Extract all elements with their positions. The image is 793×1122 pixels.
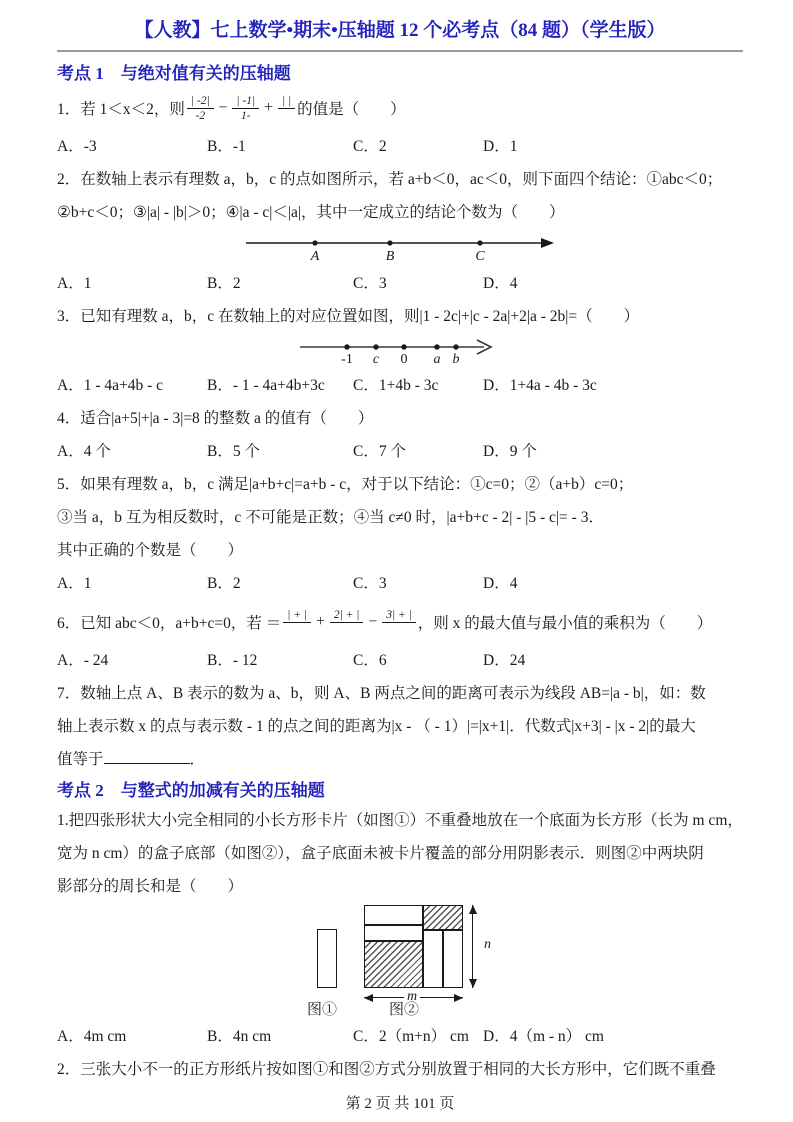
q2-options-row: A．1 B．2 C．3 D．4 bbox=[57, 267, 743, 300]
option-c: C．6 bbox=[353, 644, 483, 677]
axis-label-a: a bbox=[434, 352, 441, 366]
option-c: C．3 bbox=[353, 567, 483, 600]
option-a: A．1 bbox=[57, 567, 207, 600]
q6-prefix: 6．已知 abc＜0，a+b+c=0，若 ＝ bbox=[57, 611, 281, 633]
option-d: D．1 bbox=[483, 130, 743, 163]
fraction-numerator: | + | bbox=[283, 608, 311, 623]
q7-stem-line3: 值等于． bbox=[57, 743, 743, 776]
q6-fraction-1: | + | bbox=[283, 608, 311, 636]
q1-fraction-3: | | bbox=[278, 94, 295, 122]
option-c: C．3 bbox=[353, 267, 483, 300]
shaded-region-top-right bbox=[423, 905, 463, 930]
option-b: B．4n cm bbox=[207, 1020, 353, 1053]
fraction-numerator: 2| + | bbox=[330, 608, 364, 623]
card-rect-vertical-1 bbox=[423, 930, 443, 988]
axis-label-b: b bbox=[453, 352, 460, 366]
q5-options-row: A．1 B．2 C．3 D．4 bbox=[57, 567, 743, 600]
card-rect-vertical-2 bbox=[443, 930, 463, 988]
dimension-label-n: n bbox=[481, 938, 494, 952]
box-divider-line bbox=[422, 905, 424, 988]
minus-operator: − bbox=[368, 613, 377, 631]
axis-label-0: 0 bbox=[401, 352, 408, 366]
figure-caption-1: 图① bbox=[307, 1002, 337, 1018]
numberline-cab: -1 c 0 a b bbox=[300, 336, 500, 366]
axis-label-B: B bbox=[386, 249, 395, 264]
axis-point-a bbox=[434, 344, 439, 349]
q4-options-row: A．4 个 B．5 个 C．7 个 D．9 个 bbox=[57, 435, 743, 468]
q1-fraction-1: | -2| -2 bbox=[187, 94, 214, 123]
dimension-arrow-n bbox=[472, 905, 473, 988]
axis-arrowhead-icon bbox=[541, 238, 554, 248]
q5-stem-line2: ③当 a，b 互为相反数时，c 不可能是正数；④当 c≠0 时，|a+b+c -… bbox=[57, 501, 743, 534]
q7-line3-suffix: ． bbox=[190, 751, 206, 768]
option-b: B．- 12 bbox=[207, 644, 353, 677]
axis-label-A: A bbox=[310, 249, 320, 264]
axis-point-c bbox=[373, 344, 378, 349]
numberline-abc: A B C bbox=[245, 232, 555, 264]
option-a: A．- 24 bbox=[57, 644, 207, 677]
q7-line3-prefix: 值等于 bbox=[57, 751, 104, 768]
option-a: A．4m cm bbox=[57, 1020, 207, 1053]
card-rect-horizontal-2 bbox=[364, 925, 423, 941]
q1-prefix: 1．若 1＜x＜2，则 bbox=[57, 97, 185, 119]
card-rect-horizontal-1 bbox=[364, 905, 423, 925]
option-b: B．2 bbox=[207, 267, 353, 300]
fraction-denominator bbox=[382, 623, 416, 636]
minus-operator: − bbox=[219, 99, 228, 117]
option-b: B．-1 bbox=[207, 130, 353, 163]
fraction-denominator bbox=[283, 623, 311, 636]
option-c: C．1+4b - 3c bbox=[353, 369, 483, 402]
option-b: B．5 个 bbox=[207, 435, 353, 468]
s2q1-stem-line2: 宽为 n cm）的盒子底部（如图②），盒子底面未被卡片覆盖的部分用阴影表示．则图… bbox=[57, 837, 743, 870]
axis-point-b bbox=[453, 344, 458, 349]
q6-suffix: ，则 x 的最大值与最小值的乘积为（ ） bbox=[418, 611, 713, 633]
q1-suffix: 的值是（ ） bbox=[297, 97, 406, 119]
q1-options-row: A．-3 B．-1 C．2 D．1 bbox=[57, 130, 743, 163]
fraction-numerator: | -2| bbox=[187, 94, 214, 109]
axis-point-0 bbox=[401, 344, 406, 349]
option-a: A．4 个 bbox=[57, 435, 207, 468]
option-b: B．- 1 - 4a+4b+3c bbox=[207, 369, 353, 402]
q1-stem: 1．若 1＜x＜2，则 | -2| -2 − | -1| 1- + | | 的值… bbox=[57, 86, 743, 130]
option-a: A．1 bbox=[57, 267, 207, 300]
q7-stem-line1: 7．数轴上点 A、B 表示的数为 a、b，则 A、B 两点之间的距离可表示为线段… bbox=[57, 677, 743, 710]
s2q1-stem-line3: 影部分的周长和是（ ） bbox=[57, 870, 743, 903]
s2q1-options-row: A．4m cm B．4n cm C．2（m+n） cm D．4（m - n） c… bbox=[57, 1020, 743, 1053]
q5-stem-line1: 5．如果有理数 a，b，c 满足|a+b+c|=a+b - c，对于以下结论：①… bbox=[57, 468, 743, 501]
q5-stem-line3: 其中正确的个数是（ ） bbox=[57, 534, 743, 567]
worksheet-page: 【人教】七上数学•期末•压轴题 12 个必考点（84 题）（学生版） 考点 1 … bbox=[0, 0, 793, 1122]
s2q1-stem-line1: 1.把四张形状大小完全相同的小长方形卡片（如图①）不重叠地放在一个底面为长方形（… bbox=[57, 804, 743, 837]
option-b: B．2 bbox=[207, 567, 353, 600]
shaded-region-bottom-left bbox=[364, 941, 423, 988]
q2-stem-line1: 2．在数轴上表示有理数 a，b，c 的点如图所示，若 a+b＜0，ac＜0，则下… bbox=[57, 163, 743, 196]
s2q1-box-figure: m n 图① 图② bbox=[300, 905, 500, 1020]
fraction-denominator: -2 bbox=[187, 109, 214, 123]
q6-options-row: A．- 24 B．- 12 C．6 D．24 bbox=[57, 644, 743, 677]
doc-title: 【人教】七上数学•期末•压轴题 12 个必考点（84 题）（学生版） bbox=[57, 18, 743, 44]
option-c: C．7 个 bbox=[353, 435, 483, 468]
option-c: C．2 bbox=[353, 130, 483, 163]
option-d: D．4 bbox=[483, 567, 743, 600]
q4-stem: 4．适合|a+5|+|a - 3|=8 的整数 a 的值有（ ） bbox=[57, 402, 743, 435]
s2q2-stem: 2．三张大小不一的正方形纸片按如图①和图②方式分别放置于相同的大长方形中，它们既… bbox=[57, 1053, 743, 1086]
axis-label-c: c bbox=[373, 352, 380, 366]
fraction-denominator bbox=[278, 109, 295, 122]
axis-point-B bbox=[387, 240, 392, 245]
plus-operator: + bbox=[264, 99, 273, 117]
fraction-numerator: | -1| bbox=[232, 94, 259, 109]
title-divider bbox=[57, 50, 743, 52]
option-c: C．2（m+n） cm bbox=[353, 1020, 483, 1053]
plus-operator: + bbox=[316, 613, 325, 631]
q7-stem-line2: 轴上表示数 x 的点与表示数 - 1 的点之间的距离为|x - （ - 1）|=… bbox=[57, 710, 743, 743]
q6-fraction-3: 3| + | bbox=[382, 608, 416, 636]
axis-point-C bbox=[477, 240, 482, 245]
q3-options-row: A．1 - 4a+4b - c B．- 1 - 4a+4b+3c C．1+4b … bbox=[57, 369, 743, 402]
answer-blank-underline bbox=[104, 749, 190, 764]
option-a: A．1 - 4a+4b - c bbox=[57, 369, 207, 402]
option-d: D．24 bbox=[483, 644, 743, 677]
option-d: D．4（m - n） cm bbox=[483, 1020, 743, 1053]
page-footer: 第 2 页 共 101 页 bbox=[57, 1092, 743, 1116]
axis-point-A bbox=[312, 240, 317, 245]
figure-caption-2: 图② bbox=[389, 1002, 419, 1018]
axis-label-minus1: -1 bbox=[341, 352, 353, 366]
fraction-numerator: 3| + | bbox=[382, 608, 416, 623]
option-d: D．1+4a - 4b - 3c bbox=[483, 369, 743, 402]
option-d: D．4 bbox=[483, 267, 743, 300]
fraction-denominator: 1- bbox=[232, 109, 259, 123]
card-rect-fig1 bbox=[317, 929, 337, 988]
q6-stem: 6．已知 abc＜0，a+b+c=0，若 ＝ | + | + 2| + | − … bbox=[57, 600, 743, 644]
section2-heading: 考点 2 与整式的加减有关的压轴题 bbox=[57, 778, 743, 804]
q6-fraction-2: 2| + | bbox=[330, 608, 364, 636]
q1-fraction-2: | -1| 1- bbox=[232, 94, 259, 123]
fraction-numerator: | | bbox=[278, 94, 295, 109]
section1-heading: 考点 1 与绝对值有关的压轴题 bbox=[57, 62, 743, 86]
q3-numberline-figure: -1 c 0 a b bbox=[57, 336, 743, 366]
axis-label-C: C bbox=[475, 249, 485, 264]
option-a: A．-3 bbox=[57, 130, 207, 163]
option-d: D．9 个 bbox=[483, 435, 743, 468]
axis-point-minus1 bbox=[344, 344, 349, 349]
q3-stem: 3．已知有理数 a，b，c 在数轴上的对应位置如图，则|1 - 2c|+|c -… bbox=[57, 300, 743, 333]
q2-stem-line2: ②b+c＜0；③|a| - |b|＞0；④|a - c|＜|a|，其中一定成立的… bbox=[57, 196, 743, 229]
q2-numberline-figure: A B C bbox=[57, 232, 743, 264]
fraction-denominator bbox=[330, 623, 364, 636]
